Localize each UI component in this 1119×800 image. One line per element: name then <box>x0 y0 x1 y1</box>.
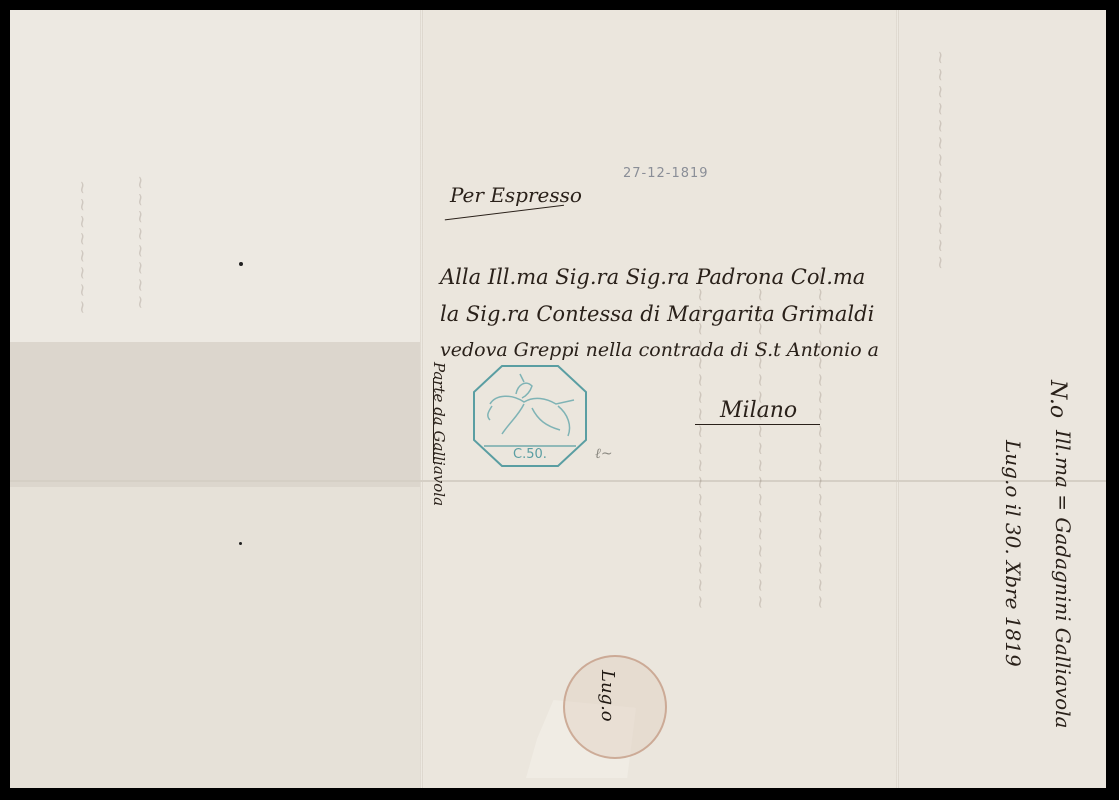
routing-instruction: Per Espresso <box>450 183 582 207</box>
embossed-stamp: C.50. <box>472 364 588 468</box>
ink-speck <box>239 262 243 266</box>
bleed-through-text: ~~~~~~~~ <box>130 175 151 325</box>
docket-notation: N.o Ill.ma = Gadagnini Galliavola Lug.o … <box>960 380 1080 760</box>
address-line-1: Alla Ill.ma Sig.ra Sig.ra Padrona Col.ma <box>440 265 865 289</box>
docket-line-1: N.o <box>1045 380 1070 418</box>
bleed-through-text: ~~~~~~~~ <box>72 180 93 330</box>
destination-city: Milano <box>720 398 797 423</box>
horizontal-fold <box>10 480 1106 482</box>
bleed-through-text: ~~~~~~~~~~~~~ <box>930 50 951 370</box>
stamp-value: C.50. <box>472 447 588 462</box>
vertical-fold-right <box>896 10 899 788</box>
docket-line-3: Lug.o il 30. Xbre 1819 <box>1001 440 1025 667</box>
departure-underline <box>433 378 434 463</box>
seal-notation: Lug.o <box>597 670 618 722</box>
ink-speck <box>239 542 242 545</box>
destination-underline <box>695 424 820 425</box>
left-fold-shaded-band <box>10 342 420 487</box>
address-line-3: vedova Greppi nella contrada di S.t Anto… <box>440 339 879 361</box>
left-fold-lower <box>10 487 420 788</box>
pencil-date-note: 27-12-1819 <box>623 166 709 181</box>
address-line-2: la Sig.ra Contessa di Margarita Grimaldi <box>440 302 874 326</box>
vertical-fold-left <box>420 10 423 788</box>
pencil-mark: ℓ~ <box>595 446 613 463</box>
docket-line-2: Ill.ma = Gadagnini Galliavola <box>1051 430 1075 728</box>
